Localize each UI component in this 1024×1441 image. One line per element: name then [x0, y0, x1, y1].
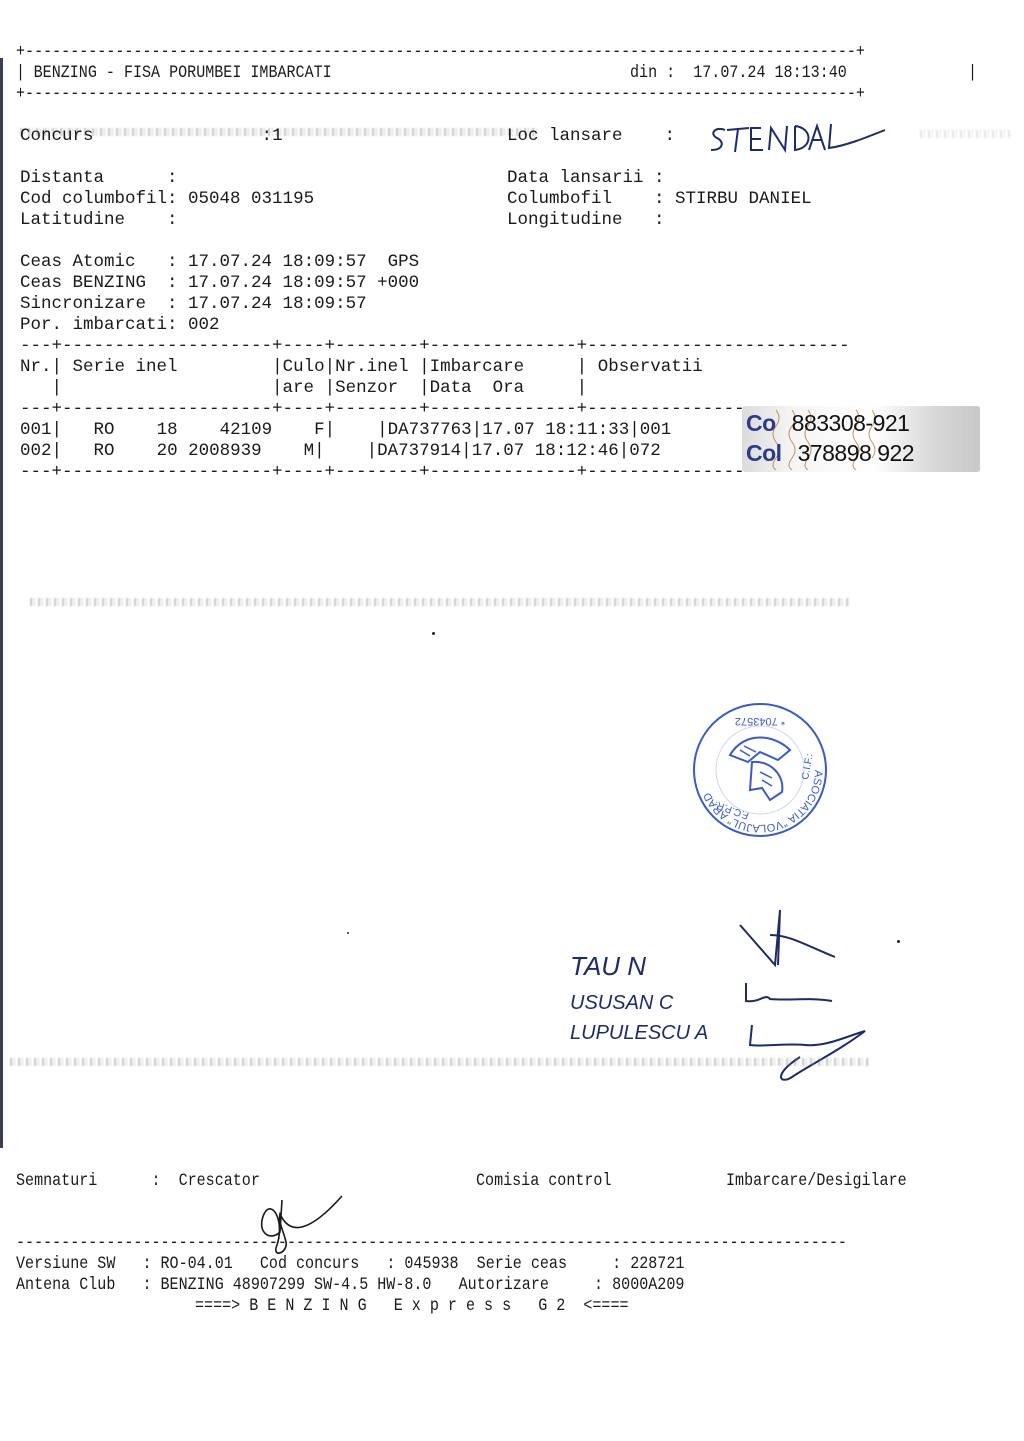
row-ring: 2008939	[188, 441, 262, 461]
antena-label: Antena Club	[16, 1275, 115, 1295]
ceas-benzing-row: Ceas BENZING : 17.07.24 18:09:57 +000	[20, 273, 419, 294]
serie-ceas-label: Serie ceas	[477, 1254, 567, 1274]
header-border-bottom: +---------------------------------------…	[16, 84, 865, 105]
autorizare-value: 8000A209	[612, 1275, 684, 1295]
row-data: 17.07	[482, 420, 535, 440]
col-header-senzor: Senzor	[335, 378, 398, 398]
sincronizare-label: Sincronizare	[20, 294, 146, 314]
svg-text:LUPULESCU A: LUPULESCU A	[570, 1022, 708, 1044]
seal-suffix: 922	[877, 440, 914, 466]
signatures-label: Semnaturi	[16, 1171, 97, 1191]
columbofil-label: Columbofil	[507, 189, 612, 209]
row-senzor: DA737763	[388, 420, 472, 440]
data-lansarii-label: Data lansarii	[507, 168, 644, 188]
signatures-row: Semnaturi : Crescator	[16, 1171, 260, 1192]
row-country: RO	[94, 420, 115, 440]
por-imbarcati-label: Por. imbarcati	[20, 315, 167, 335]
ceas-benzing-label: Ceas BENZING	[20, 273, 146, 293]
row-data: 17.07	[472, 441, 525, 461]
cod-columbofil-row: Cod columbofil: 05048 031195	[20, 189, 314, 210]
footer-divider: ----------------------------------------…	[16, 1233, 847, 1254]
row-nr: 002	[20, 441, 52, 461]
seal-prefix: Col	[746, 440, 782, 466]
serie-ceas-value: 228721	[630, 1254, 684, 1274]
row-year: 18	[157, 420, 178, 440]
header-date-label: din :	[630, 63, 675, 83]
latitudine-row: Latitudine :	[20, 210, 178, 231]
document-title: BENZING - FISA PORUMBEI IMBARCATI	[34, 63, 332, 83]
seal-row-1: Co883308-921	[746, 409, 909, 437]
header-date: din : 17.07.24 18:13:40	[630, 63, 847, 84]
concurs-row: Concurs :1	[20, 126, 283, 147]
scan-edge	[0, 58, 3, 1148]
signature-comisia-label: Comisia control	[476, 1171, 611, 1192]
sincronizare-row: Sincronizare : 17.07.24 18:09:57	[20, 294, 367, 315]
table-border-bottom: ---+--------------------+----+--------+-…	[20, 462, 850, 483]
table-header-row-2: | |are |Senzor |Data Ora |	[20, 378, 587, 399]
row-country: RO	[94, 441, 115, 461]
row-ora: 18:12:46	[535, 441, 619, 461]
row-ring: 42109	[220, 420, 273, 440]
versiune-label: Versiune SW	[16, 1254, 115, 1274]
autorizare-label: Autorizare	[459, 1275, 549, 1295]
longitudine-row: Longitudine :	[507, 210, 665, 231]
loc-lansare-label: Loc lansare	[507, 126, 623, 146]
col-header-observatii: Observatii	[598, 357, 703, 377]
col-header-nr: Nr.	[20, 357, 52, 377]
svg-text:TAU N: TAU N	[570, 951, 646, 981]
association-stamp: ASOCIATIA "VOLAJUL" ARAD * 7043572 F.C.P…	[690, 700, 830, 840]
seal-number: 883308	[792, 410, 866, 436]
col-header-culoare: Culo	[283, 357, 325, 377]
cod-concurs-value: 045938	[404, 1254, 458, 1274]
signature-imbarcare-label: Imbarcare/Desigilare	[726, 1171, 907, 1192]
header-box: |BENZING - FISA PORUMBEI IMBARCATI	[16, 63, 332, 84]
ceas-benzing-value: 17.07.24 18:09:57	[188, 273, 367, 293]
handwritten-loc-lansare: STENDAL	[705, 118, 895, 158]
row-year: 20	[157, 441, 178, 461]
svg-text:* 7043572: * 7043572	[735, 715, 785, 727]
col-header-culoare-2: are	[283, 378, 315, 398]
col-header-serie-inel: Serie inel	[73, 357, 178, 377]
ceas-atomic-label: Ceas Atomic	[20, 252, 136, 272]
col-header-data-ora: Data Ora	[430, 378, 525, 398]
data-lansarii-row: Data lansarii :	[507, 168, 665, 189]
columbofil-value: STIRBU DANIEL	[675, 189, 812, 209]
cod-concurs-label: Cod concurs	[260, 1254, 359, 1274]
brand-line: ====> B E N Z I N G E x p r e s s G 2 <=…	[195, 1296, 629, 1317]
scan-speck	[897, 940, 900, 943]
header-box-right: |	[968, 63, 977, 84]
row-code: 001	[640, 420, 672, 440]
seal-suffix: 921	[873, 410, 910, 436]
concurs-value: 1	[272, 126, 283, 146]
svg-text:USUSAN C: USUSAN C	[570, 992, 674, 1014]
table-header-row-1: Nr.| Serie inel |Culo|Nr.inel |Imbarcare…	[20, 357, 703, 378]
table-border-mid: ---+--------------------+----+--------+-…	[20, 399, 850, 420]
ceas-atomic-row: Ceas Atomic : 17.07.24 18:09:57 GPS	[20, 252, 419, 273]
row-code: 072	[629, 441, 661, 461]
table-row: 001| RO 18 42109 F| |DA737763|17.07 18:1…	[20, 420, 671, 441]
cod-columbofil-value: 05048 031195	[188, 189, 314, 209]
header-date-value: 17.07.24 18:13:40	[693, 63, 847, 83]
seal-sticker: Co883308-921 Col378898 922	[742, 406, 980, 472]
row-nr: 001	[20, 420, 52, 440]
longitudine-label: Longitudine	[507, 210, 623, 230]
distanta-label: Distanta	[20, 168, 104, 188]
seal-number: 378898	[798, 440, 872, 466]
col-header-nr-inel: Nr.inel	[335, 357, 409, 377]
table-row: 002| RO 20 2008939 M| |DA737914|17.07 18…	[20, 441, 661, 462]
footer-row-1: Versiune SW : RO-04.01 Cod concurs : 045…	[16, 1254, 684, 1275]
por-imbarcati-value: 002	[188, 315, 220, 335]
antena-value: BENZING 48907299 SW-4.5 HW-8.0	[161, 1275, 432, 1295]
seal-row-2: Col378898 922	[746, 439, 914, 467]
scan-speck	[432, 632, 435, 635]
col-header-imbarcare: Imbarcare	[430, 357, 525, 377]
versiune-value: RO-04.01	[161, 1254, 233, 1274]
scan-noise	[920, 130, 1010, 138]
row-sex: F	[314, 420, 325, 440]
scan-speck	[347, 932, 349, 934]
por-imbarcati-row: Por. imbarcati: 002	[20, 315, 220, 336]
row-senzor: DA737914	[377, 441, 461, 461]
seal-prefix: Co	[746, 410, 776, 436]
ceas-atomic-source: GPS	[388, 252, 420, 272]
scan-noise	[10, 1058, 870, 1066]
loc-lansare-row: Loc lansare :	[507, 126, 675, 147]
columbofil-row: Columbofil : STIRBU DANIEL	[507, 189, 812, 210]
distanta-row: Distanta :	[20, 168, 178, 189]
ceas-atomic-value: 17.07.24 18:09:57	[188, 252, 367, 272]
sincronizare-value: 17.07.24 18:09:57	[188, 294, 367, 314]
header-border-top: +---------------------------------------…	[16, 42, 865, 63]
footer-row-2: Antena Club : BENZING 48907299 SW-4.5 HW…	[16, 1275, 684, 1296]
latitudine-label: Latitudine	[20, 210, 125, 230]
signature-crescator-label: Crescator	[179, 1171, 260, 1191]
scan-noise	[30, 598, 850, 606]
cod-columbofil-label: Cod columbofil	[20, 189, 167, 209]
row-sex: M	[304, 441, 315, 461]
table-border-top: ---+--------------------+----+--------+-…	[20, 336, 850, 357]
concurs-label: Concurs	[20, 126, 94, 146]
row-ora: 18:11:33	[545, 420, 629, 440]
ceas-benzing-offset: +000	[377, 273, 419, 293]
